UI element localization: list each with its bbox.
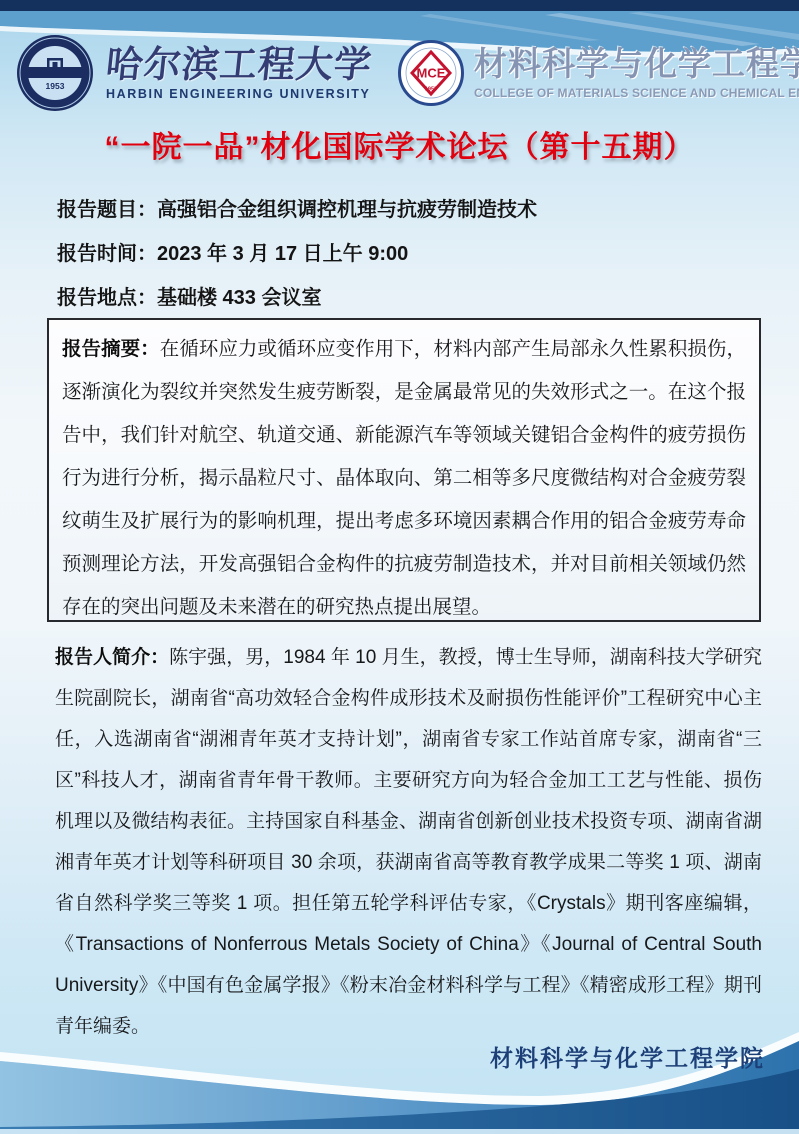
header: 1953 哈尔滨工程大学 HARBIN ENGINEERING UNIVERSI… bbox=[0, 28, 799, 118]
university-block: 1953 哈尔滨工程大学 HARBIN ENGINEERING UNIVERSI… bbox=[16, 34, 372, 112]
report-location-row: 报告地点：基础楼 433 会议室 bbox=[57, 276, 761, 320]
college-block: MCE 1953 材料科学与化学工程学院 COLLEGE OF MATERIAL… bbox=[398, 40, 799, 106]
abstract-label: 报告摘要： bbox=[62, 338, 160, 360]
bio-paragraph: 报告人简介：陈宇强，男，1984 年 10 月生，教授，博士生导师，湖南科技大学… bbox=[55, 637, 762, 1047]
university-seal-logo: 1953 bbox=[16, 34, 94, 112]
college-emblem-text: MCE bbox=[417, 66, 446, 81]
report-location-value: 基础楼 433 会议室 bbox=[157, 287, 321, 309]
poster-page: 1953 哈尔滨工程大学 HARBIN ENGINEERING UNIVERSI… bbox=[0, 0, 799, 1134]
report-time-value: 2023 年 3 月 17 日上午 9:00 bbox=[157, 243, 408, 265]
bio-text: 陈宇强，男，1984 年 10 月生，教授，博士生导师，湖南科技大学研究生院副院… bbox=[55, 647, 762, 1037]
university-name-en: HARBIN ENGINEERING UNIVERSITY bbox=[106, 87, 372, 101]
university-names: 哈尔滨工程大学 HARBIN ENGINEERING UNIVERSITY bbox=[106, 45, 372, 101]
footer-college-name: 材料科学与化学工程学院 bbox=[490, 1040, 765, 1073]
college-emblem-year: 1953 bbox=[425, 87, 437, 93]
report-time-row: 报告时间：2023 年 3 月 17 日上午 9:00 bbox=[57, 232, 761, 276]
report-topic-label: 报告题目： bbox=[57, 199, 157, 221]
abstract-paragraph: 报告摘要：在循环应力或循环应变作用下，材料内部产生局部永久性累积损伤，逐渐演化为… bbox=[62, 328, 746, 629]
abstract-text: 在循环应力或循环应变作用下，材料内部产生局部永久性累积损伤，逐渐演化为裂纹并突然… bbox=[62, 338, 746, 618]
report-topic-value: 高强铝合金组织调控机理与抗疲劳制造技术 bbox=[157, 199, 537, 221]
college-emblem-logo: MCE 1953 bbox=[398, 40, 464, 106]
report-location-label: 报告地点： bbox=[57, 287, 157, 309]
speaker-bio: 报告人简介：陈宇强，男，1984 年 10 月生，教授，博士生导师，湖南科技大学… bbox=[55, 637, 762, 1047]
report-topic-row: 报告题目：高强铝合金组织调控机理与抗疲劳制造技术 bbox=[57, 188, 761, 232]
report-details: 报告题目：高强铝合金组织调控机理与抗疲劳制造技术 报告时间：2023 年 3 月… bbox=[57, 188, 761, 320]
bio-label: 报告人简介： bbox=[55, 647, 169, 668]
college-names: 材料科学与化学工程学院 COLLEGE OF MATERIALS SCIENCE… bbox=[474, 47, 799, 100]
forum-title: “一院一品”材化国际学术论坛（第十五期） bbox=[0, 122, 799, 166]
abstract-box: 报告摘要：在循环应力或循环应变作用下，材料内部产生局部永久性累积损伤，逐渐演化为… bbox=[47, 318, 761, 622]
university-seal-year: 1953 bbox=[46, 81, 65, 91]
university-name-zh: 哈尔滨工程大学 bbox=[104, 45, 374, 85]
report-time-label: 报告时间： bbox=[57, 243, 157, 265]
college-name-zh: 材料科学与化学工程学院 bbox=[474, 47, 799, 83]
college-name-en: COLLEGE OF MATERIALS SCIENCE AND CHEMICA… bbox=[474, 86, 799, 100]
